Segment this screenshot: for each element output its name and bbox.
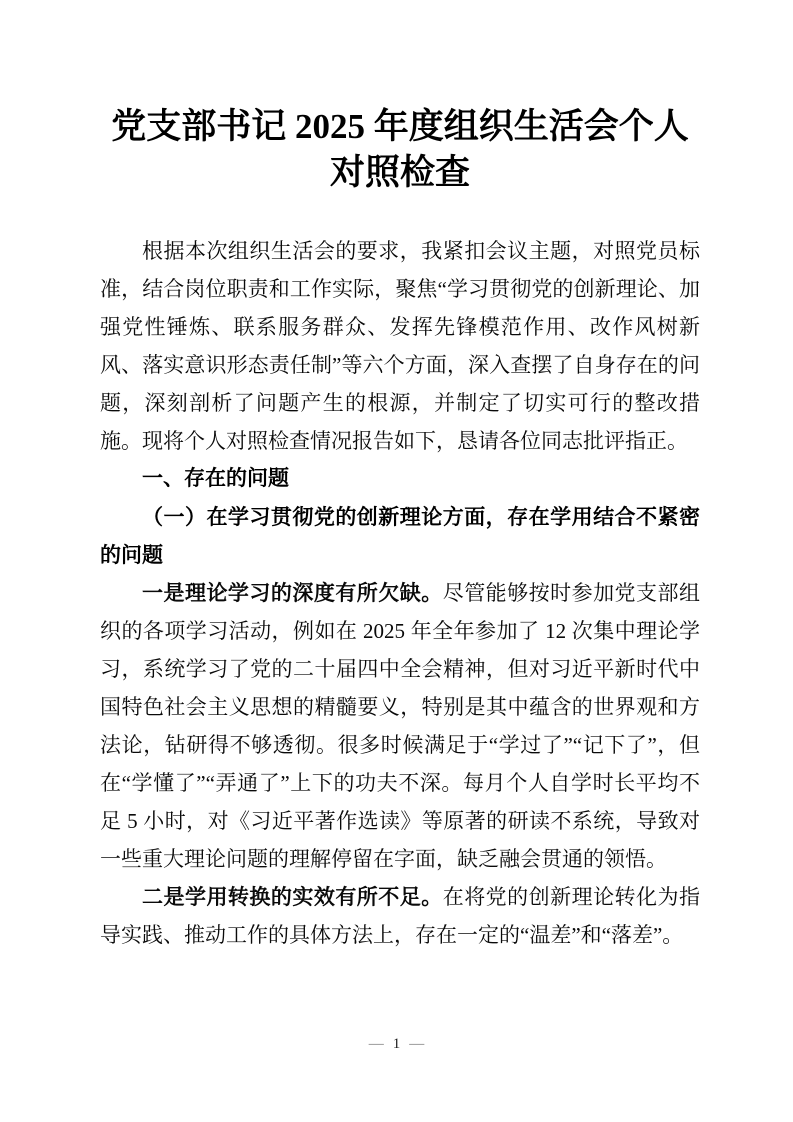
point-2-lead: 二是学用转换的实效有所不足。 xyxy=(142,885,443,909)
page-footer: —1— xyxy=(0,1033,793,1055)
footer-page-number: 1 xyxy=(384,1033,410,1055)
subsection-1-1-heading: （一）在学习贯彻党的创新理论方面，存在学用结合不紧密的问题 xyxy=(100,498,700,574)
point-2-paragraph: 二是学用转换的实效有所不足。在将党的创新理论转化为指导实践、推动工作的具体方法上… xyxy=(100,878,700,954)
document-title: 党支部书记 2025 年度组织生活会个人对照检查 xyxy=(100,104,700,196)
footer-dash-right: — xyxy=(409,1036,424,1052)
document-content: 党支部书记 2025 年度组织生活会个人对照检查 根据本次组织生活会的要求，我紧… xyxy=(100,104,700,954)
point-1-text: 尽管能够按时参加党支部组织的各项学习活动，例如在 2025 年全年参加了 12 … xyxy=(100,581,700,871)
section-1-heading: 一、存在的问题 xyxy=(100,460,700,498)
footer-dash-left: — xyxy=(369,1036,384,1052)
intro-paragraph: 根据本次组织生活会的要求，我紧扣会议主题，对照党员标准，结合岗位职责和工作实际，… xyxy=(100,232,700,460)
document-page: 党支部书记 2025 年度组织生活会个人对照检查 根据本次组织生活会的要求，我紧… xyxy=(0,0,793,1122)
point-1-lead: 一是理论学习的深度有所欠缺。 xyxy=(142,581,443,605)
point-1-paragraph: 一是理论学习的深度有所欠缺。尽管能够按时参加党支部组织的各项学习活动，例如在 2… xyxy=(100,574,700,878)
